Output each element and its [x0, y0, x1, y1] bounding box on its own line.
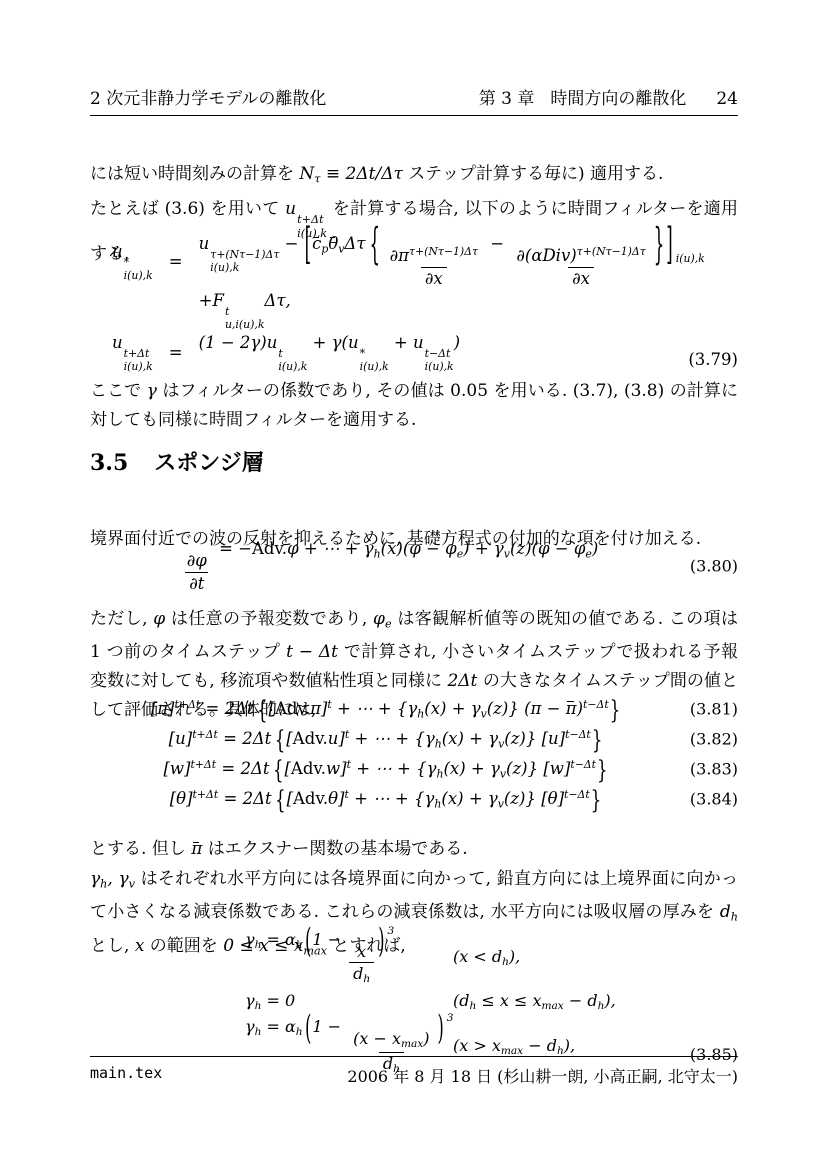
equation-relation: = [153, 343, 199, 362]
paragraph-filter-coefficient: ここで γ はフィルターの係数であり, その値は 0.05 を用いる. (3.7… [90, 377, 738, 435]
footer-date-authors: 2006 年 8 月 18 日 (杉山耕一朗, 小高正嗣, 北守太一) [347, 1064, 738, 1087]
equation-body: [w]t+Δt = 2Δt{[Adv.w]t + ⋯ + {γh(x) + γv… [163, 758, 608, 780]
equation-body: [u]t+Δt = 2Δt{[Adv.u]t + ⋯ + {γh(x) + γv… [169, 728, 604, 750]
equation-rhs: (1 − 2γ)uti(u),k + γ(u*i(u),k + ut−Δti(u… [199, 333, 705, 373]
equation-lhs: ut+Δti(u),k [112, 333, 153, 373]
equation-rhs: uτ+(Nτ−1)Δτi(u),k − [cpθvΔτ{∂πτ+(Nτ−1)Δτ… [199, 234, 705, 289]
equation-lhs: u*i(u),k [112, 242, 153, 282]
equation-group-3-81-3-84: [π]t+Δt = 2Δt{[Adv.π]t + ⋯ + {γh(x) + γv… [90, 694, 738, 814]
equation-3-81: [π]t+Δt = 2Δt{[Adv.π]t + ⋯ + {γh(x) + γv… [90, 694, 738, 724]
equation-body: [θ]t+Δt = 2Δt{[Adv.θ]t + ⋯ + {γh(x) + γv… [170, 788, 603, 810]
equation-3-79: u*i(u),k = uτ+(Nτ−1)Δτi(u),k − [cpθvΔτ{∂… [90, 234, 738, 373]
equation-case-condition: (dh ≤ x ≤ xmax − dh), [453, 991, 616, 1012]
equation-3-82: [u]t+Δt = 2Δt{[Adv.u]t + ⋯ + {γh(x) + γv… [90, 724, 738, 754]
paragraph-exner-note: とする. 但し π はエクスナー関数の基本場である. [90, 835, 738, 864]
header-chapter: 第 3 章 [479, 84, 535, 109]
equation-case-expr: γh = αh(1 − xdh)3 [245, 930, 453, 986]
section-title: スポンジ層 [154, 451, 263, 476]
equation-number-3-79: (3.79) [688, 350, 738, 369]
header-chapter-title: 時間方向の離散化 [550, 84, 686, 109]
header-right: 第 3 章 時間方向の離散化 24 [479, 84, 738, 109]
equation-body: [π]t+Δt = 2Δt{[Adv.π]t + ⋯ + {γh(x) + γv… [151, 698, 621, 720]
equation-case-expr: γh = 0 [245, 991, 453, 1012]
page-footer: main.tex 2006 年 8 月 18 日 (杉山耕一朗, 小高正嗣, 北… [90, 1056, 738, 1087]
equation-3-85: γh = αh(1 − xdh)3 (x < dh), γh = 0 (dh ≤… [90, 930, 738, 1076]
equation-body-wrap: ∂φ∂t = −Adv.φ + ⋯ + γh(x)(φ − φe) + γv(z… [90, 540, 738, 592]
equation-rhs: +Ftu,i(u),kΔτ, [199, 291, 705, 331]
section-number: 3.5 [90, 450, 128, 476]
header-page-number: 24 [716, 89, 738, 109]
equation-number-3-81: (3.81) [690, 700, 738, 719]
section-heading: 3.5スポンジ層 [90, 446, 738, 477]
equation-case-condition: (x < dh), [453, 947, 616, 968]
equation-number-3-80: (3.80) [690, 557, 738, 576]
equation-relation: = [153, 252, 199, 271]
document-page: 2 次元非静力学モデルの離散化 第 3 章 時間方向の離散化 24 には短い時間… [0, 0, 826, 1169]
equation-case-condition: (x > xmax − dh), [453, 1036, 616, 1057]
header-running-title: 2 次元非静力学モデルの離散化 [90, 84, 326, 109]
equation-number-3-84: (3.84) [690, 790, 738, 809]
equation-3-84: [θ]t+Δt = 2Δt{[Adv.θ]t + ⋯ + {γh(x) + γv… [90, 784, 738, 814]
footer-filename: main.tex [90, 1064, 162, 1082]
page-header: 2 次元非静力学モデルの離散化 第 3 章 時間方向の離散化 24 [90, 84, 738, 116]
paragraph-time-filter-intro: には短い時間刻みの計算を Nτ ≡ 2Δt/Δτ ステップ計算する毎に) 適用す… [90, 160, 738, 193]
equation-number-3-83: (3.83) [690, 760, 738, 779]
equation-body: ∂φ∂t = −Adv.φ + ⋯ + γh(x)(φ − φe) + γv(z… [180, 539, 599, 594]
equation-3-80: ∂φ∂t = −Adv.φ + ⋯ + γh(x)(φ − φe) + γv(z… [90, 540, 738, 592]
equation-3-83: [w]t+Δt = 2Δt{[Adv.w]t + ⋯ + {γh(x) + γv… [90, 754, 738, 784]
equation-number-3-82: (3.82) [690, 730, 738, 749]
